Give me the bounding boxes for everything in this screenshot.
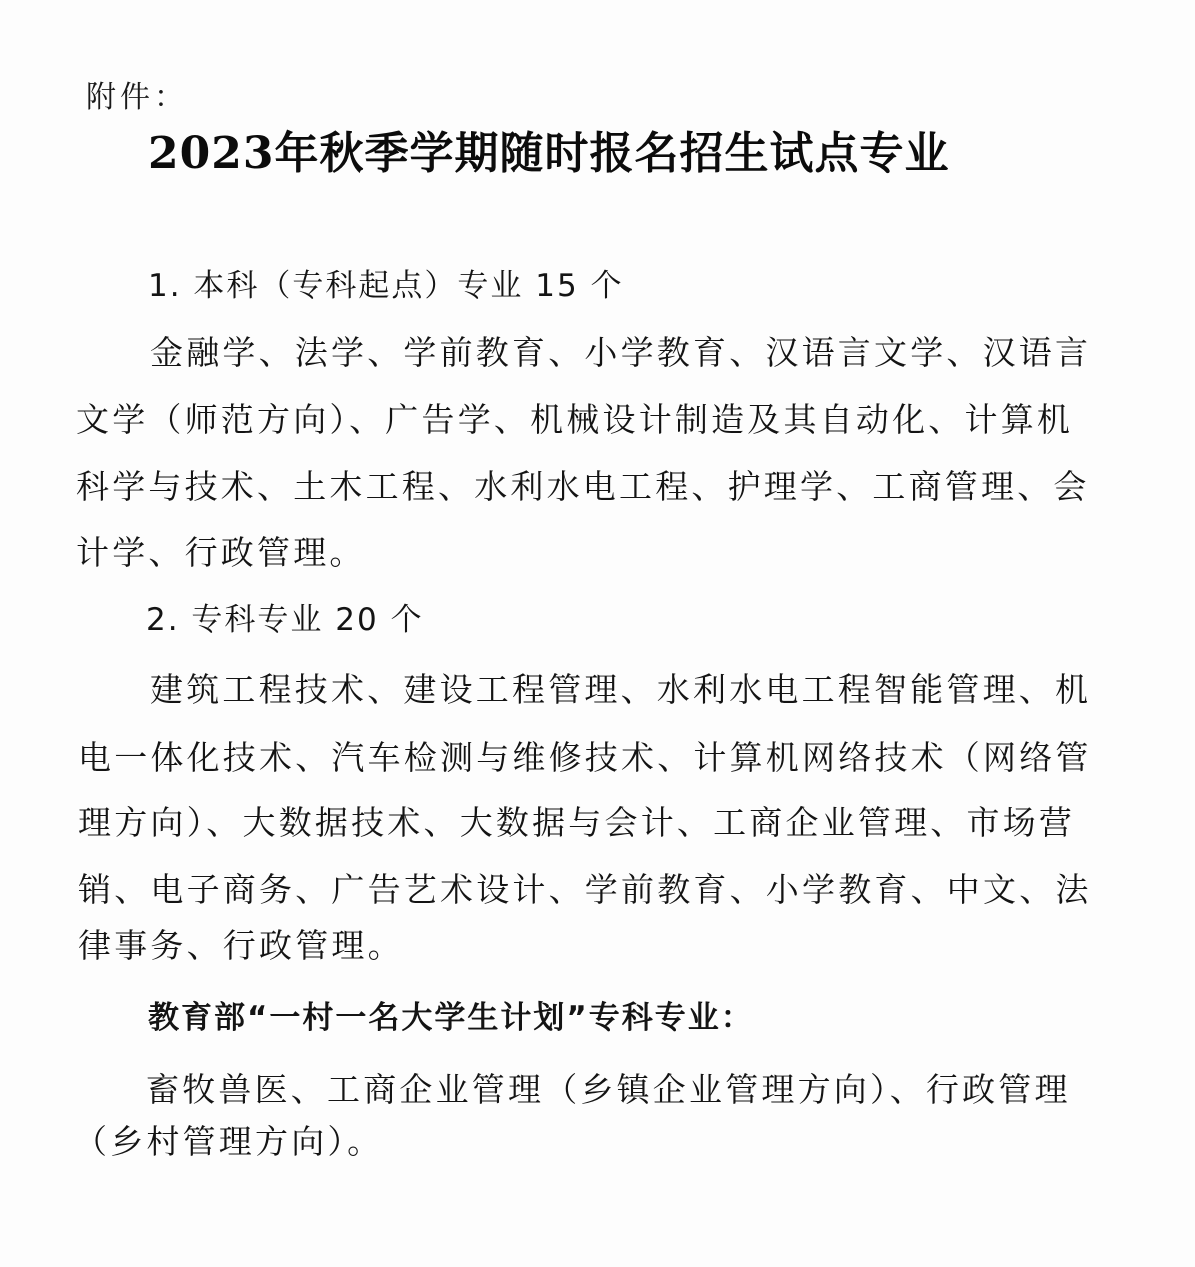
- paragraph-line: 电一体化技术、汽车检测与维修技术、计算机网络技术（网络管: [78, 738, 1092, 778]
- paragraph-line: 金融学、法学、学前教育、小学教育、汉语言文学、汉语言: [150, 333, 1091, 373]
- section-heading: 2. 专科专业 20 个: [146, 600, 424, 640]
- paragraph-line: 建筑工程技术、建设工程管理、水利水电工程智能管理、机: [150, 670, 1091, 710]
- paragraph-line: 销、电子商务、广告艺术设计、学前教育、小学教育、中文、法: [78, 870, 1092, 910]
- document-page: 附件： 2023年秋季学期随时报名招生试点专业 1. 本科（专科起点）专业 15…: [0, 0, 1195, 1267]
- paragraph-line: 理方向）、大数据技术、大数据与会计、工商企业管理、市场营: [78, 803, 1075, 843]
- section-heading: 1. 本科（专科起点）专业 15 个: [148, 266, 624, 306]
- paragraph-line: 科学与技术、土木工程、水利水电工程、护理学、工商管理、会: [76, 467, 1090, 507]
- paragraph-line: 文学（师范方向）、广告学、机械设计制造及其自动化、计算机: [76, 400, 1073, 440]
- document-title: 2023年秋季学期随时报名招生试点专业: [148, 126, 949, 182]
- attachment-label: 附件：: [86, 80, 188, 116]
- paragraph-line: 律事务、行政管理。: [78, 926, 404, 966]
- paragraph-line: 畜牧兽医、工商企业管理（乡镇企业管理方向）、行政管理: [146, 1070, 1071, 1110]
- paragraph-line: （乡村管理方向）。: [74, 1122, 383, 1162]
- section-heading: 教育部“一村一名大学生计划”专科专业：: [148, 998, 754, 1038]
- paragraph-line: 计学、行政管理。: [76, 533, 366, 573]
